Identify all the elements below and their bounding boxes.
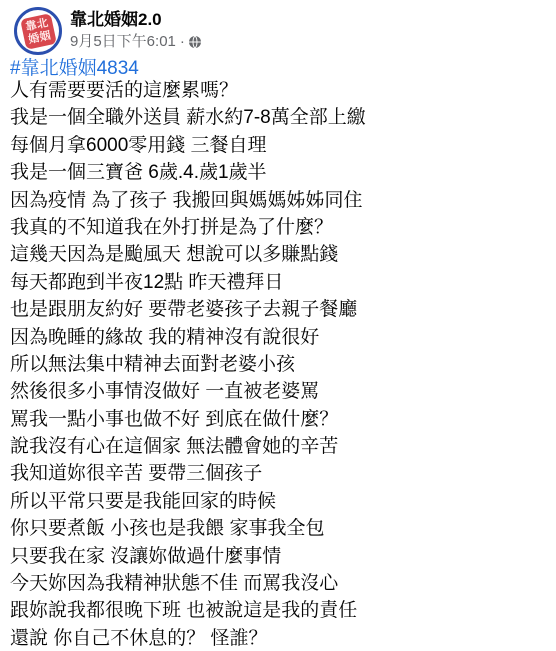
post-line: 所以無法集中精神去面對老婆小孩 bbox=[10, 354, 546, 376]
page-name-link[interactable]: 靠北婚姻2.0 bbox=[70, 9, 162, 30]
post-line: 只要我在家 沒讓妳做過什麼事情 bbox=[10, 546, 546, 568]
page-avatar[interactable]: 靠北 婚姻 bbox=[14, 7, 62, 55]
post-line: 我知道妳很辛苦 要帶三個孩子 bbox=[10, 463, 546, 485]
post-body: #靠北婚姻4834 人有需要要活的這麼累嗎？ 我是一個全職外送員 薪水約7-8萬… bbox=[0, 56, 556, 650]
meta-separator: · bbox=[180, 32, 185, 51]
post-line: 所以平常只要是我能回家的時候 bbox=[10, 491, 546, 513]
page-logo-stamp-icon: 靠北 婚姻 bbox=[20, 13, 57, 50]
post-line: 這幾天因為是颱風天 想說可以多賺點錢 bbox=[10, 244, 546, 266]
facebook-post: 靠北 婚姻 靠北婚姻2.0 9月5日下午6:01 · #靠北婚姻4834 人有需… bbox=[0, 0, 556, 651]
post-line: 然後很多小事情沒做好 一直被老婆罵 bbox=[10, 381, 546, 403]
hashtag-link[interactable]: #靠北婚姻4834 bbox=[10, 58, 546, 80]
post-line: 還說 你自己不休息的？ 怪誰？ bbox=[10, 628, 546, 650]
post-meta: 9月5日下午6:01 · bbox=[70, 32, 201, 51]
post-header: 靠北 婚姻 靠北婚姻2.0 9月5日下午6:01 · bbox=[0, 0, 556, 56]
post-line: 說我沒有心在這個家 無法體會她的辛苦 bbox=[10, 436, 546, 458]
post-line: 跟妳說我都很晚下班 也被說這是我的責任 bbox=[10, 600, 546, 622]
post-line: 因為晚睡的緣故 我的精神沒有說很好 bbox=[10, 327, 546, 349]
post-line: 因為疫情 為了孩子 我搬回與媽媽姊姊同住 bbox=[10, 190, 546, 212]
post-line: 我是一個全職外送員 薪水約7-8萬全部上繳 bbox=[10, 107, 546, 129]
post-line: 我真的不知道我在外打拼是為了什麼？ bbox=[10, 217, 546, 239]
post-line: 你只要煮飯 小孩也是我餵 家事我全包 bbox=[10, 518, 546, 540]
post-line: 每天都跑到半夜12點 昨天禮拜日 bbox=[10, 272, 546, 294]
post-line: 人有需要要活的這麼累嗎？ bbox=[10, 80, 546, 102]
post-timestamp[interactable]: 9月5日下午6:01 bbox=[70, 32, 176, 51]
post-line: 每個月拿6000零用錢 三餐自理 bbox=[10, 135, 546, 157]
post-line: 也是跟朋友約好 要帶老婆孩子去親子餐廳 bbox=[10, 299, 546, 321]
post-line: 我是一個三寶爸 6歲.4.歲1歲半 bbox=[10, 162, 546, 184]
post-line: 罵我一點小事也做不好 到底在做什麼？ bbox=[10, 409, 546, 431]
post-line: 今天妳因為我精神狀態不佳 而罵我沒心 bbox=[10, 573, 546, 595]
globe-privacy-icon bbox=[189, 36, 201, 48]
